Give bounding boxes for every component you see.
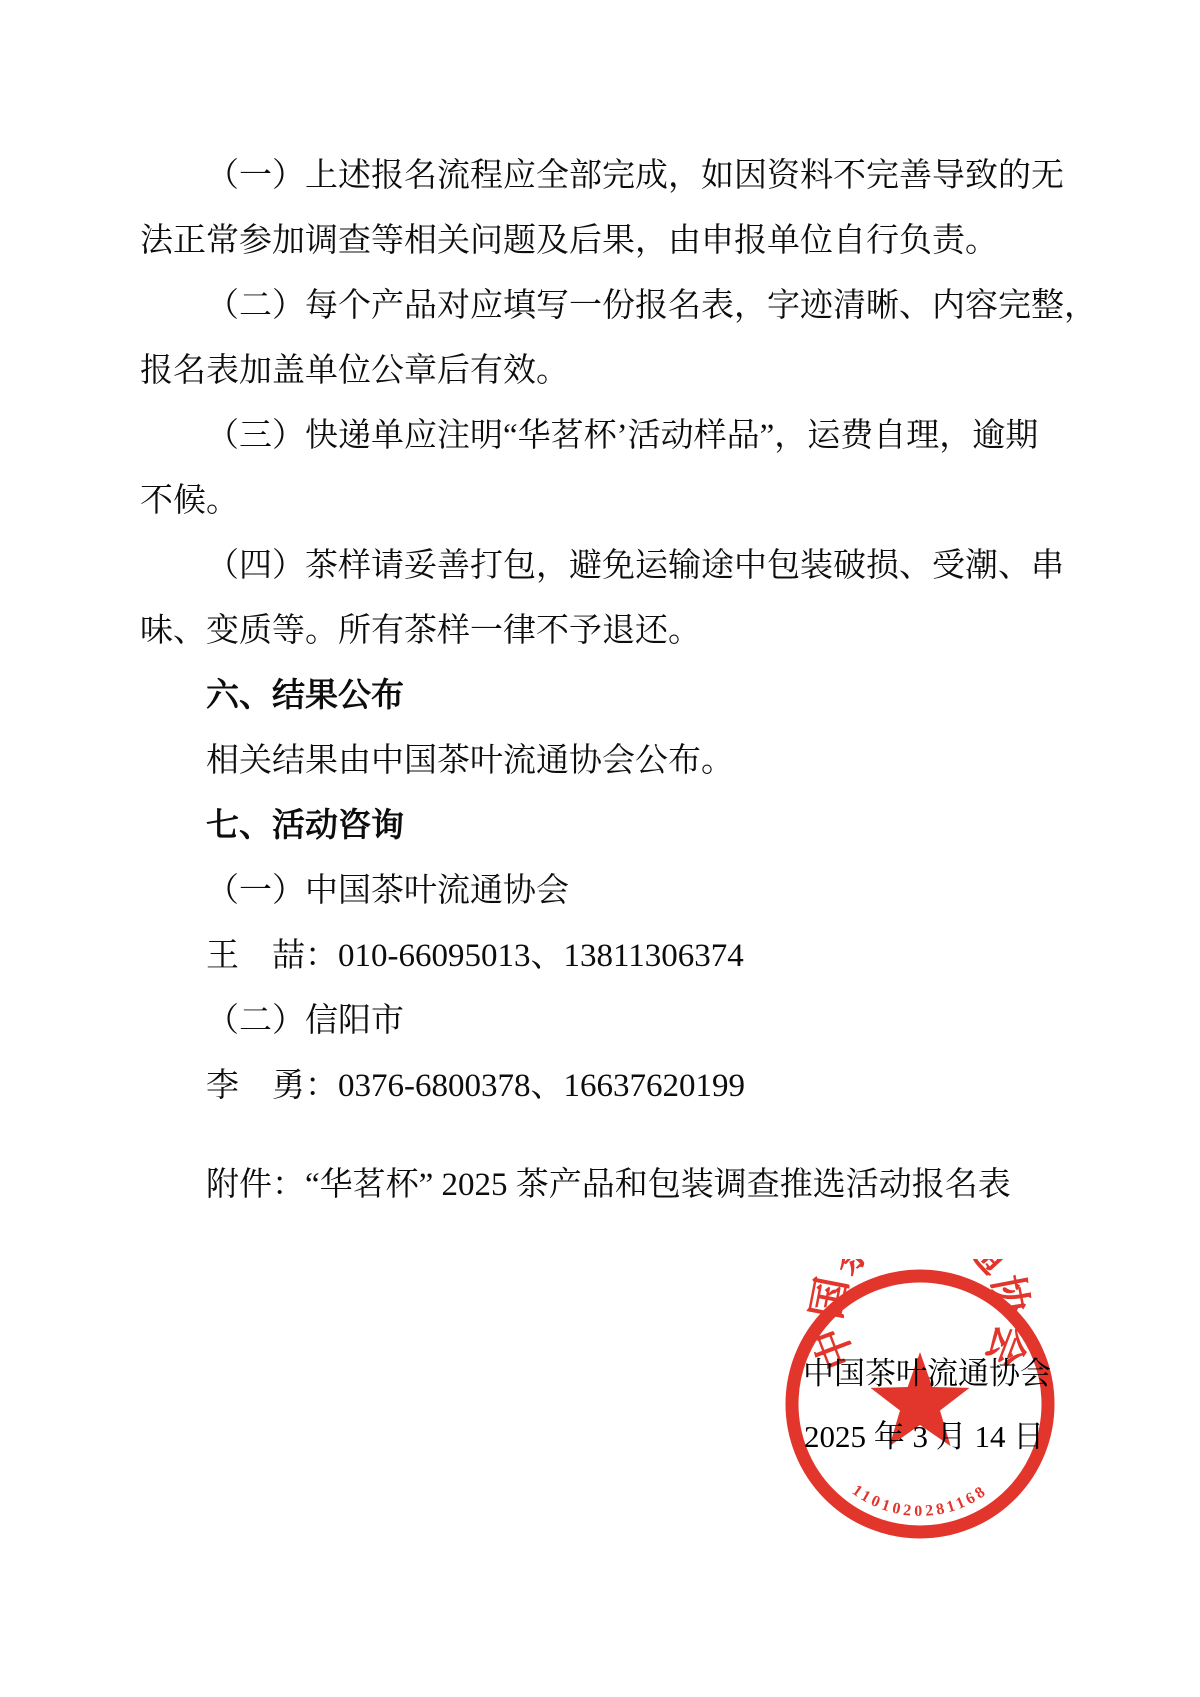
signature-date: 2025 年 3 月 14 日 bbox=[804, 1421, 1044, 1452]
body-line: 法正常参加调查等相关问题及后果，由申报单位自行负责。 bbox=[140, 209, 1066, 274]
document-body: （一）上述报名流程应全部完成，如因资料不完善导致的无 法正常参加调查等相关问题及… bbox=[140, 144, 1066, 1218]
body-line: （一）中国茶叶流通协会 bbox=[140, 859, 1066, 924]
body-line: （二）每个产品对应填写一份报名表，字迹清晰、内容完整， bbox=[140, 274, 1066, 339]
body-line: （四）茶样请妥善打包，避免运输途中包装破损、受潮、串 bbox=[140, 534, 1066, 599]
body-line: 相关结果由中国茶叶流通协会公布。 bbox=[140, 729, 1066, 794]
body-line: （三）快递单应注明“华茗杯’活动样品”，运费自理，逾期 bbox=[140, 404, 1066, 469]
body-line: （二）信阳市 bbox=[140, 989, 1066, 1054]
contact-line: 王 喆：010-66095013、13811306374 bbox=[140, 924, 1066, 989]
section-heading: 六、结果公布 bbox=[140, 664, 1066, 729]
body-line: 不候。 bbox=[140, 469, 1066, 534]
attachment-line: 附件：“华茗杯” 2025 茶产品和包装调查推选活动报名表 bbox=[140, 1153, 1066, 1218]
section-heading: 七、活动咨询 bbox=[140, 794, 1066, 859]
svg-text:1101020281168: 1101020281168 bbox=[849, 1482, 991, 1520]
seal-serial-number: 1101020281168 bbox=[849, 1482, 991, 1520]
signature-org: 中国茶叶流通协会 bbox=[803, 1358, 1051, 1389]
body-line: 味、变质等。所有茶样一律不予退还。 bbox=[140, 599, 1066, 664]
contact-line: 李 勇：0376-6800378、16637620199 bbox=[140, 1054, 1066, 1119]
document-page: （一）上述报名流程应全部完成，如因资料不完善导致的无 法正常参加调查等相关问题及… bbox=[0, 0, 1200, 1697]
official-seal: 中国茶叶流通协会 1101020281168 bbox=[775, 1259, 1065, 1549]
body-line: 报名表加盖单位公章后有效。 bbox=[140, 339, 1066, 404]
body-line: （一）上述报名流程应全部完成，如因资料不完善导致的无 bbox=[140, 144, 1066, 209]
